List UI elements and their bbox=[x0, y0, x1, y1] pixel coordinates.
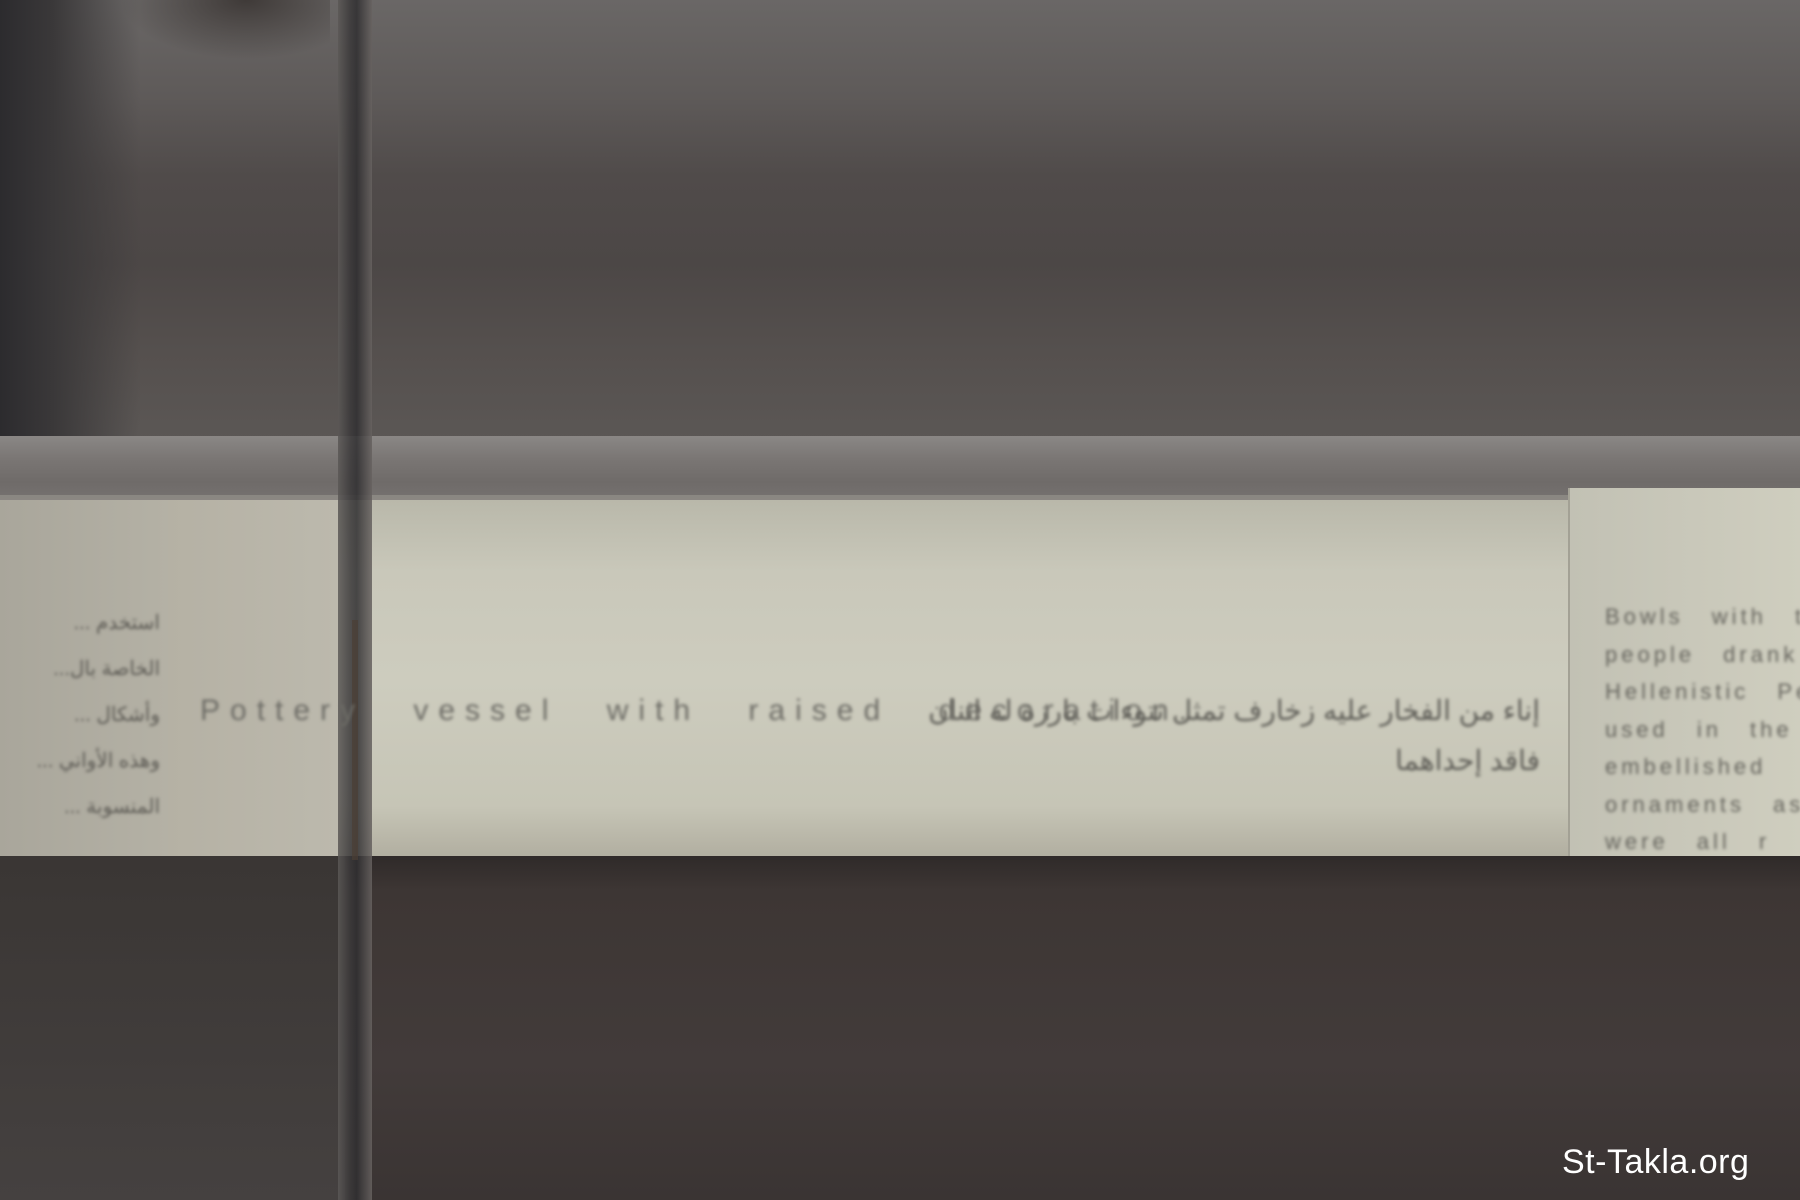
display-case-base-left bbox=[0, 856, 345, 1200]
left-shadow bbox=[0, 0, 350, 440]
left-label-card-2 bbox=[168, 500, 338, 860]
english-line: were all r bbox=[1605, 823, 1800, 861]
english-line: Bowls with t bbox=[1605, 598, 1800, 636]
object-shadow bbox=[120, 0, 330, 60]
english-line: used in the bbox=[1605, 711, 1800, 749]
arabic-line: وأشكال ... bbox=[0, 692, 160, 738]
english-line: ornaments as bbox=[1605, 786, 1800, 824]
arabic-line: وهذه الأواني ... bbox=[0, 738, 160, 784]
divider-crack bbox=[352, 620, 358, 860]
arabic-line: استخدم ... bbox=[0, 600, 160, 646]
glass-divider-post bbox=[338, 0, 372, 1200]
english-line: people drank bbox=[1605, 636, 1800, 674]
watermark: St-Takla.org bbox=[1562, 1143, 1749, 1182]
arabic-line: الخاصة بال... bbox=[0, 646, 160, 692]
right-english-text: Bowls with t people drank Hellenistic Pe… bbox=[1605, 598, 1800, 861]
arabic-line: المنسوبة ... bbox=[0, 784, 160, 830]
english-line: Hellenistic Pe bbox=[1605, 673, 1800, 711]
english-line: embellished bbox=[1605, 748, 1800, 786]
arabic-label: إناء من الفخار عليه زخارف تمثل نتوءات با… bbox=[890, 686, 1540, 786]
left-arabic-text: استخدم ... الخاصة بال... وأشكال ... وهذه… bbox=[0, 600, 160, 830]
